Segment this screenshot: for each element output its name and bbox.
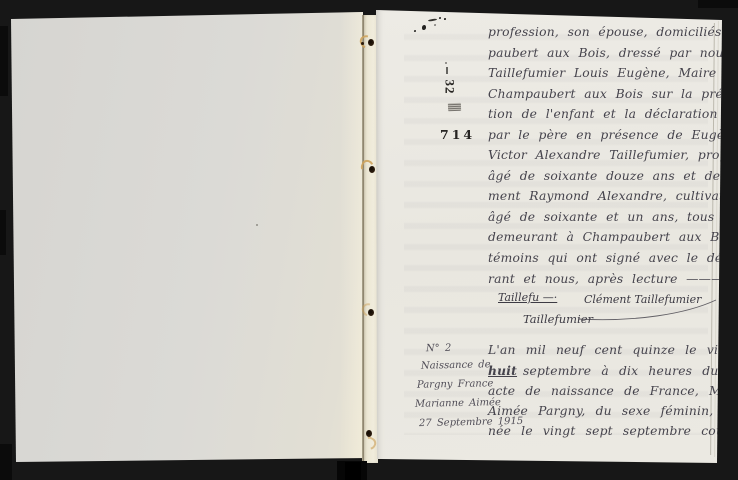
manuscript-line: huitseptembre à dix heures du matin xyxy=(488,361,720,382)
manuscript-line: acte de naissance de France, Marianne xyxy=(488,382,720,402)
printed-register-number: 714 xyxy=(440,127,475,142)
background-shadow xyxy=(0,210,6,255)
binding-hole xyxy=(361,425,377,445)
manuscript-line: Aimée Pargny, du sexe féminin, xyxy=(488,402,720,422)
manuscript-line: profession, son épouse, domiciliés à Cha… xyxy=(488,22,720,43)
manuscript-line: Victor Alexandre Taillefumier, propriéta… xyxy=(488,145,720,166)
manuscript-line: paubert aux Bois, dressé par nous, xyxy=(488,43,720,64)
signature-flourish xyxy=(516,288,726,330)
binding-gutter xyxy=(362,15,378,463)
manuscript-line-rest: septembre à dix heures du matin xyxy=(523,364,738,378)
binding-hole xyxy=(360,35,376,55)
manuscript-line: rant et nous, après lecture ——— xyxy=(488,269,720,290)
stamp-mark xyxy=(448,103,461,111)
manuscript-line: âgé de soixante et un ans, tous deux xyxy=(488,207,720,228)
manuscript-line: témoins qui ont signé avec le décla- xyxy=(488,248,720,269)
manuscript-line: Champaubert aux Bois sur la présenta- xyxy=(488,84,720,105)
manuscript-line: demeurant à Champaubert aux Bois, xyxy=(488,227,720,248)
background-shadow xyxy=(698,0,738,8)
paper-speck xyxy=(256,224,258,226)
act-number: N° 2 xyxy=(426,343,452,356)
binding-strap-bottom xyxy=(345,462,361,480)
manuscript-line: âgé de soixante douze ans et de Clé- xyxy=(488,166,720,187)
margin-note-line: Naissance de xyxy=(421,359,491,372)
margin-tick xyxy=(445,62,447,64)
emphasized-word: huit xyxy=(488,363,517,378)
manuscript-line: tion de l'enfant et la déclaration faite xyxy=(488,104,720,125)
scanned-register-photo: 32 714 profession, son épouse, domicilié… xyxy=(0,0,738,480)
act-2-text: L'an mil neuf cent quinze le vingt huits… xyxy=(488,341,720,442)
ink-blot xyxy=(414,12,454,40)
manuscript-line: L'an mil neuf cent quinze le vingt xyxy=(488,341,720,361)
right-manuscript-page: 32 714 profession, son épouse, domicilié… xyxy=(376,10,722,463)
margin-note-line: Pargny France xyxy=(417,378,494,392)
background-shadow xyxy=(0,444,12,480)
manuscript-line: par le père en présence de Eugène xyxy=(488,125,720,146)
margin-tick xyxy=(446,67,448,74)
act-1-text: profession, son épouse, domiciliés à Cha… xyxy=(488,22,720,289)
left-blank-page xyxy=(10,12,366,462)
manuscript-line: ment Raymond Alexandre, cultivateur xyxy=(488,186,720,207)
binding-crease xyxy=(363,15,364,463)
binding-hole xyxy=(361,158,377,178)
manuscript-line: née le vingt sept septembre courant xyxy=(488,422,720,442)
rotated-page-number-text: 32 xyxy=(442,80,458,95)
binding-hole xyxy=(362,303,378,323)
background-shadow xyxy=(0,26,8,96)
manuscript-line: Taillefumier Louis Eugène, Maire de xyxy=(488,63,720,84)
